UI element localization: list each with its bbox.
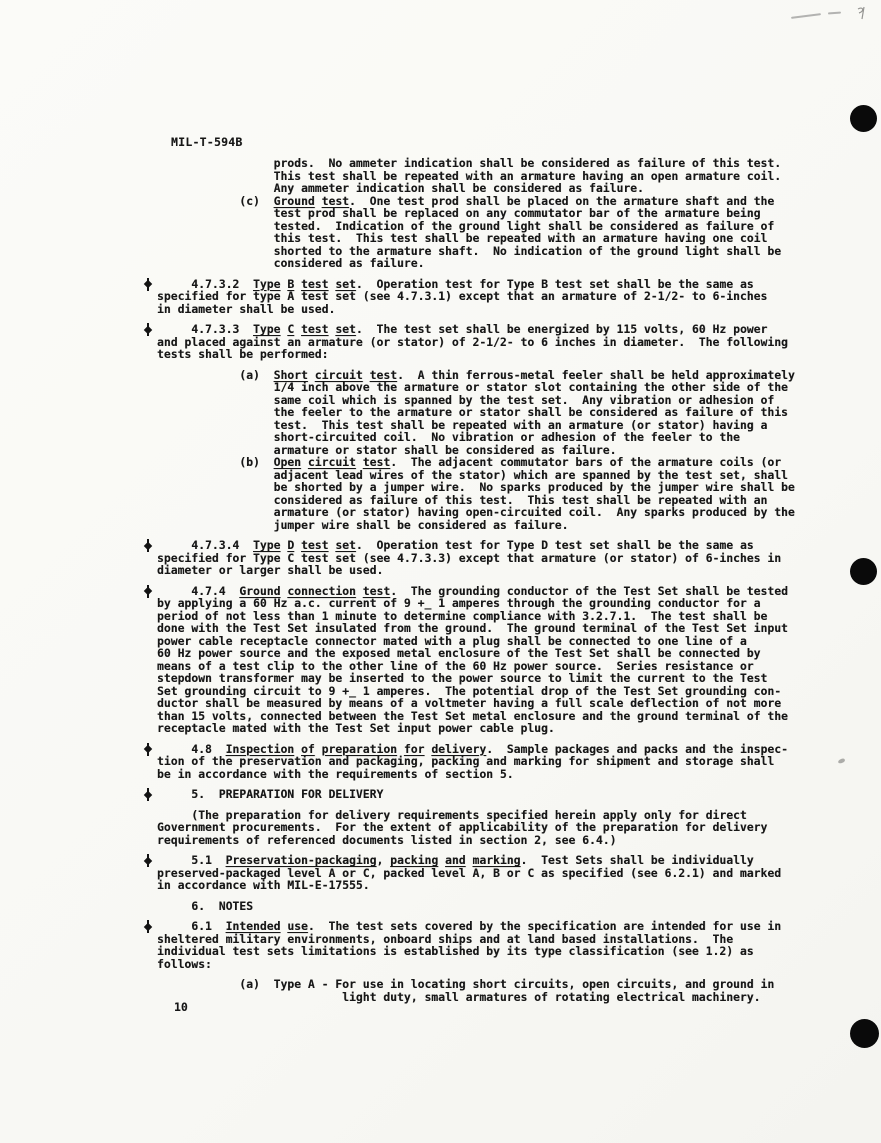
handwritten-mark xyxy=(791,13,821,19)
handwritten-mark xyxy=(855,6,869,22)
text-line: 5. PREPARATION FOR DELIVERY xyxy=(157,788,817,801)
paragraph: 6.1 Intended use. The test sets covered … xyxy=(157,920,817,970)
paragraph: 4.8 Inspection of preparation for delive… xyxy=(157,743,817,781)
change-marker-icon xyxy=(143,854,152,867)
paragraph: 4.7.3.2 Type B test set. Operation test … xyxy=(157,278,817,316)
paragraph: 5.1 Preservation-packaging, packing and … xyxy=(157,854,817,892)
change-marker-icon xyxy=(143,278,152,291)
paragraph: 4.7.4 Ground connection test. The ground… xyxy=(157,585,817,735)
change-marker-icon xyxy=(143,788,152,801)
paragraph: (a) Short circuit test. A thin ferrous-m… xyxy=(157,369,817,532)
text-line: 6. NOTES xyxy=(157,900,817,913)
paragraph: 5. PREPARATION FOR DELIVERY xyxy=(157,788,817,801)
ink-smudge xyxy=(838,758,846,764)
change-marker-icon xyxy=(143,743,152,756)
registration-dot-icon xyxy=(850,1019,879,1048)
text-line: diameter or larger shall be used. xyxy=(157,564,817,577)
text-line: requirements of referenced documents lis… xyxy=(157,834,817,847)
page-number: 10 xyxy=(174,1000,188,1014)
document-body: prods. No ammeter indication shall be co… xyxy=(157,157,817,1011)
text-line: considered as failure. xyxy=(157,257,817,270)
scanned-document-page: MIL-T-594B prods. No ammeter indication … xyxy=(0,0,881,1143)
registration-dot-icon xyxy=(850,105,877,132)
paragraph: 4.7.3.4 Type D test set. Operation test … xyxy=(157,539,817,577)
document-id-header: MIL-T-594B xyxy=(171,135,243,149)
change-marker-icon xyxy=(143,323,152,336)
text-line: tests shall be performed: xyxy=(157,348,817,361)
text-line: light duty, small armatures of rotating … xyxy=(157,991,817,1004)
text-line: receptacle mated with the Test Set input… xyxy=(157,722,817,735)
text-line: follows: xyxy=(157,958,817,971)
registration-dot-icon xyxy=(850,558,877,585)
text-line: be in accordance with the requirements o… xyxy=(157,768,817,781)
text-line: in diameter shall be used. xyxy=(157,303,817,316)
change-marker-icon xyxy=(143,539,152,552)
change-marker-icon xyxy=(143,920,152,933)
paragraph: (a) Type A - For use in locating short c… xyxy=(157,978,817,1003)
text-line: jumper wire shall be considered as failu… xyxy=(157,519,817,532)
handwritten-mark xyxy=(828,12,841,15)
text-line: individual test sets limitations is esta… xyxy=(157,945,817,958)
paragraph: (The preparation for delivery requiremen… xyxy=(157,809,817,847)
paragraph: prods. No ammeter indication shall be co… xyxy=(157,157,817,270)
paragraph: 6. NOTES xyxy=(157,900,817,913)
paragraph: 4.7.3.3 Type C test set. The test set sh… xyxy=(157,323,817,361)
text-line: in accordance with MIL-E-17555. xyxy=(157,879,817,892)
change-marker-icon xyxy=(143,585,152,598)
